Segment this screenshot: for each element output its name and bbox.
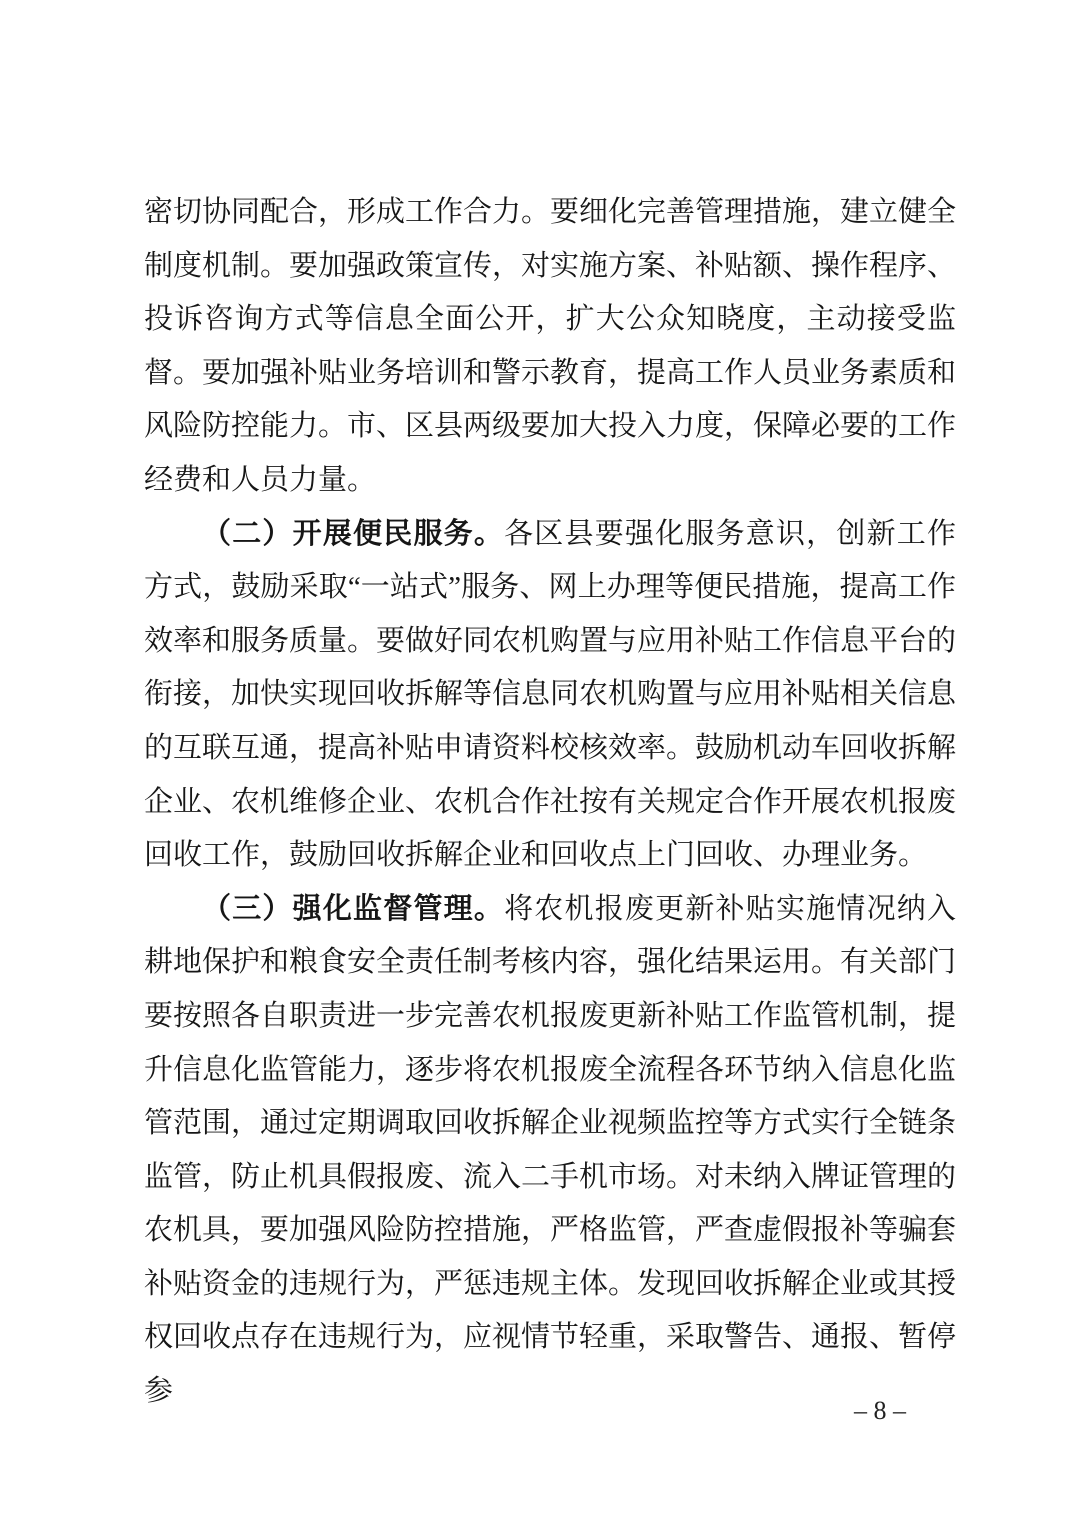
section-heading: （三）强化监督管理。 xyxy=(202,893,504,925)
para-section-3: （三）强化监督管理。将农机报废更新补贴实施情况纳入耕地保护和粮食安全责任制考核内… xyxy=(144,883,956,1419)
para-continuation: 密切协同配合，形成工作合力。要细化完善管理措施，建立健全制度机制。要加强政策宣传… xyxy=(144,186,956,508)
paragraph-text: 各区县要强化服务意识，创新工作方式，鼓励采取“一站式”服务、网上办理等便民措施，… xyxy=(144,518,956,872)
paragraph-text: 密切协同配合，形成工作合力。要细化完善管理措施，建立健全制度机制。要加强政策宣传… xyxy=(144,196,956,496)
section-heading: （二）开展便民服务。 xyxy=(202,518,504,550)
paragraph-text: 将农机报废更新补贴实施情况纳入耕地保护和粮食安全责任制考核内容，强化结果运用。有… xyxy=(144,893,956,1407)
document-page: 密切协同配合，形成工作合力。要细化完善管理措施，建立健全制度机制。要加强政策宣传… xyxy=(0,0,1074,1520)
page-number: – 8 – xyxy=(820,1396,940,1426)
para-section-2: （二）开展便民服务。各区县要强化服务意识，创新工作方式，鼓励采取“一站式”服务、… xyxy=(144,508,956,883)
body-text: 密切协同配合，形成工作合力。要细化完善管理措施，建立健全制度机制。要加强政策宣传… xyxy=(144,186,956,1419)
